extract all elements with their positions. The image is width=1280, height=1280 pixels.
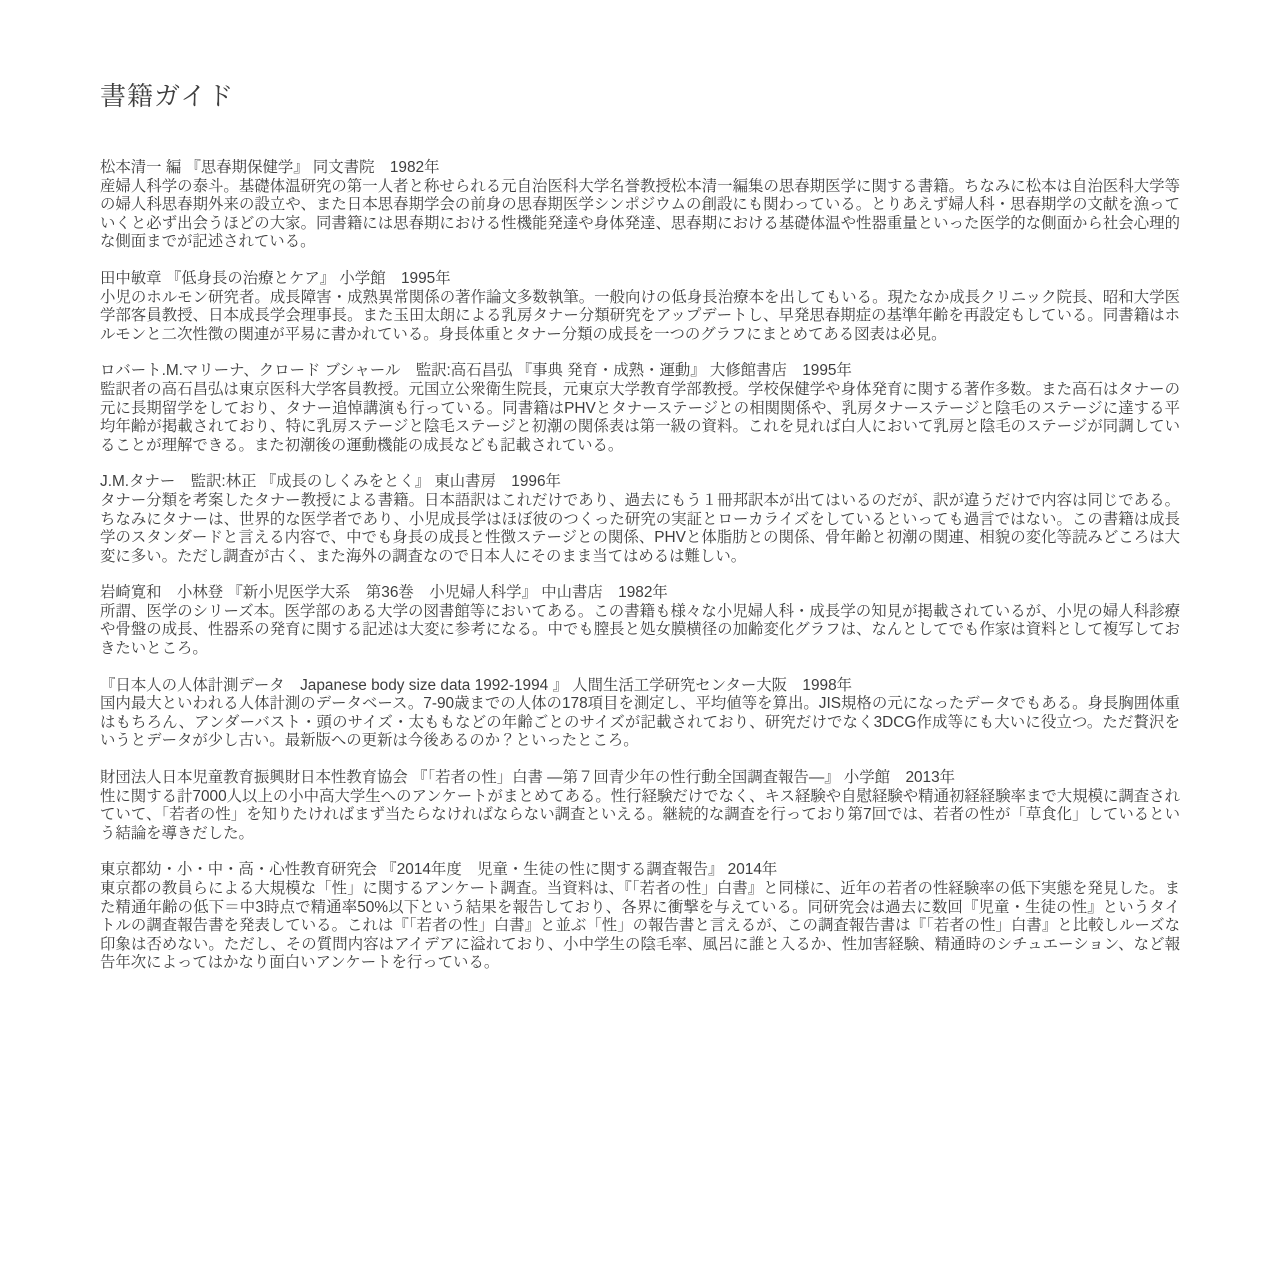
book-entry: 田中敏章 『低身長の治療とケア』 小学館 1995年 小児のホルモン研究者。成長… bbox=[100, 270, 1180, 344]
entry-body: 監訳者の高石昌弘は東京医科大学客員教授。元国立公衆衛生院長，元東京大学教育学部教… bbox=[100, 381, 1180, 455]
book-entry: 『日本人の人体計測データ Japanese body size data 199… bbox=[100, 677, 1180, 751]
entry-body: タナー分類を考案したタナー教授による書籍。日本語訳はこれだけであり、過去にもう１… bbox=[100, 492, 1180, 566]
book-entry: 財団法人日本児童教育振興財日本性教育協会 『「若者の性」白書 ―第７回青少年の性… bbox=[100, 769, 1180, 843]
book-entry-list: 松本清一 編 『思春期保健学』 同文書院 1982年 産婦人科学の泰斗。基礎体温… bbox=[100, 159, 1180, 973]
entry-body: 所謂、医学のシリーズ本。医学部のある大学の図書館等においてある。この書籍も様々な… bbox=[100, 603, 1180, 659]
book-entry: 松本清一 編 『思春期保健学』 同文書院 1982年 産婦人科学の泰斗。基礎体温… bbox=[100, 159, 1180, 252]
entry-heading: 財団法人日本児童教育振興財日本性教育協会 『「若者の性」白書 ―第７回青少年の性… bbox=[100, 769, 1180, 788]
book-entry: 東京都幼・小・中・高・心性教育研究会 『2014年度 児童・生徒の性に関する調査… bbox=[100, 861, 1180, 973]
entry-heading: 『日本人の人体計測データ Japanese body size data 199… bbox=[100, 677, 1180, 696]
entry-heading: 松本清一 編 『思春期保健学』 同文書院 1982年 bbox=[100, 159, 1180, 178]
page-title: 書籍ガイド bbox=[100, 76, 1180, 113]
entry-heading: 田中敏章 『低身長の治療とケア』 小学館 1995年 bbox=[100, 270, 1180, 289]
book-entry: ロバート.M.マリーナ、クロード ブシャール 監訳:高石昌弘 『事典 発育・成熟… bbox=[100, 362, 1180, 455]
entry-body: 東京都の教員らによる大規模な「性」に関するアンケート調査。当資料は、『「若者の性… bbox=[100, 880, 1180, 973]
entry-heading: 東京都幼・小・中・高・心性教育研究会 『2014年度 児童・生徒の性に関する調査… bbox=[100, 861, 1180, 880]
entry-body: 国内最大といわれる人体計測のデータベース。7-90歳までの人体の178項目を測定… bbox=[100, 695, 1180, 751]
book-entry: 岩崎寛和 小林登 『新小児医学大系 第36巻 小児婦人科学』 中山書店 1982… bbox=[100, 584, 1180, 658]
document-page: 書籍ガイド 松本清一 編 『思春期保健学』 同文書院 1982年 産婦人科学の泰… bbox=[0, 0, 1280, 1280]
entry-body: 産婦人科学の泰斗。基礎体温研究の第一人者と称せられる元自治医科大学名誉教授松本清… bbox=[100, 178, 1180, 252]
entry-heading: 岩崎寛和 小林登 『新小児医学大系 第36巻 小児婦人科学』 中山書店 1982… bbox=[100, 584, 1180, 603]
book-entry: J.M.タナー 監訳:林正 『成長のしくみをとく』 東山書房 1996年 タナー… bbox=[100, 473, 1180, 566]
entry-body: 性に関する計7000人以上の小中高大学生へのアンケートがまとめてある。性行経験だ… bbox=[100, 788, 1180, 844]
entry-heading: ロバート.M.マリーナ、クロード ブシャール 監訳:高石昌弘 『事典 発育・成熟… bbox=[100, 362, 1180, 381]
entry-heading: J.M.タナー 監訳:林正 『成長のしくみをとく』 東山書房 1996年 bbox=[100, 473, 1180, 492]
entry-body: 小児のホルモン研究者。成長障害・成熟異常関係の著作論文多数執筆。一般向けの低身長… bbox=[100, 289, 1180, 345]
